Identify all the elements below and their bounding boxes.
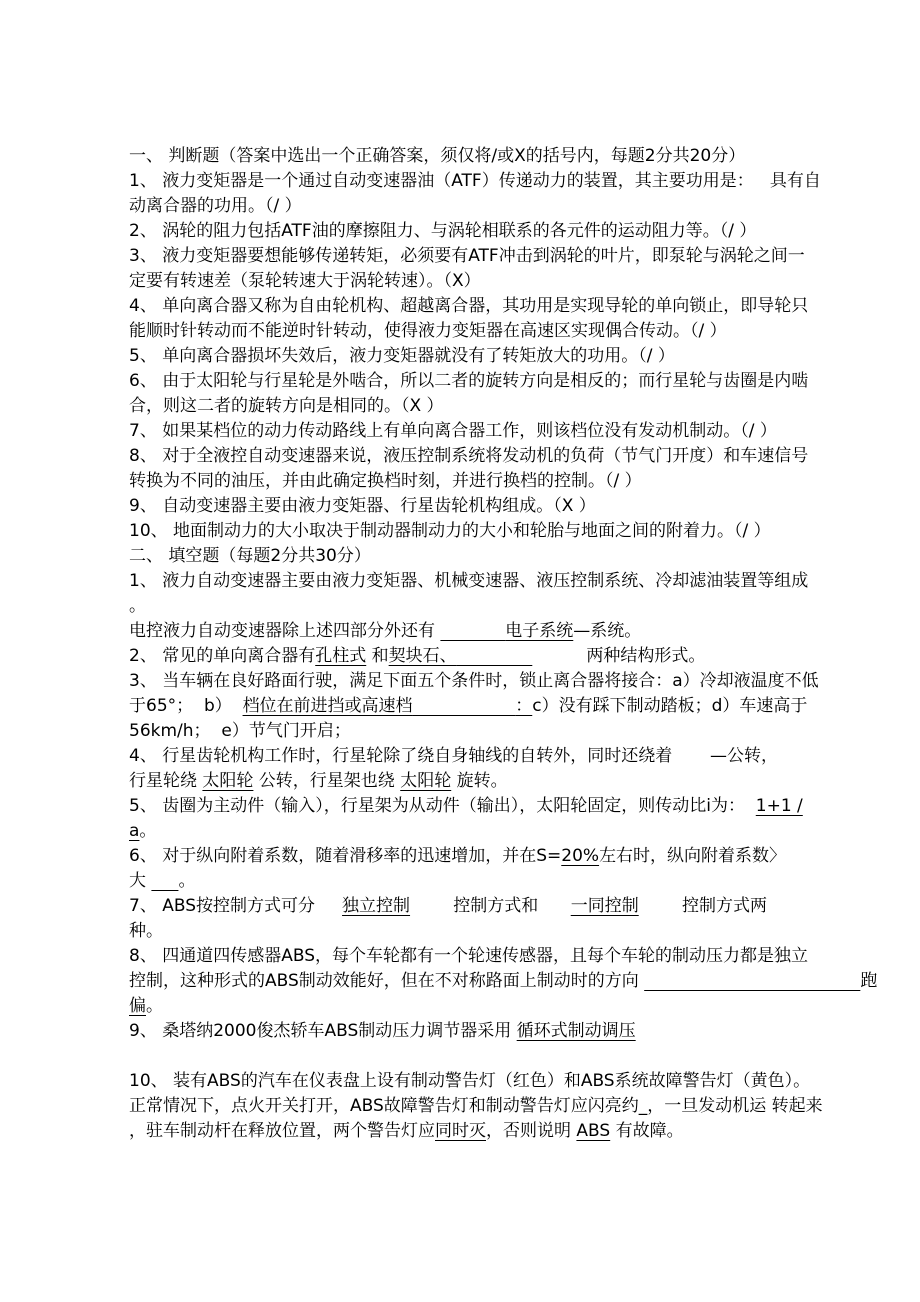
text-segment: 6、 由于太阳轮与行星轮是外啮合，所以二者的旋转方向是相反的；而行星轮与齿圈是内… [129, 371, 808, 391]
section-2-heading: 二、 填空题（每题2分共30分） [129, 544, 801, 569]
text-segment: 有故障。 [610, 1121, 683, 1141]
text-segment: 和 [366, 646, 388, 666]
text-segment: —公转， [710, 746, 778, 766]
text-segment: 2、 涡轮的阻力包括ATF油的摩擦阻力、与涡轮相联系的各元件的运动阻力等。（/ … [129, 221, 756, 241]
document-line: 行星轮绕 太阳轮 公转，行星架也绕 太阳轮 旋转。 [129, 769, 801, 794]
document-line: 种。 [129, 919, 801, 944]
text-segment: 转换为不同的油压，并由此确定换档时刻，并进行换档的控制。（/ ） [129, 471, 642, 491]
text-segment: 4、 单向离合器又称为自由轮机构、超越离合器，其功用是实现导轮的单向锁止，即导轮… [129, 296, 808, 316]
answer-blank-underline [151, 871, 178, 891]
text-segment: 旋转。 [451, 771, 507, 791]
text-segment: 7、 如果某档位的动力传动路线上有单向离合器工作，则该档位没有发动机制动。（/ … [129, 421, 777, 441]
document-line: 动离合器的功用。（/ ） [129, 194, 801, 219]
document-line: 。 [129, 594, 801, 619]
text-segment: b） [204, 696, 232, 716]
document-body: 一、 判断题（答案中选出一个正确答案，须仅将/或X的括号内，每题2分共20分）1… [129, 144, 801, 1144]
document-line: 7、 ABS按控制方式可分 独立控制 控制方式和 一同控制 控制方式两 [129, 894, 801, 919]
text-segment: 。 [146, 996, 163, 1016]
answer-blank-underline [413, 696, 516, 716]
underlined-answer-segment: 独立控制 [342, 896, 410, 916]
text-segment: 10、 装有ABS的汽车在仪表盘上设有制动警告灯（红色）和ABS系统故障警告灯（… [129, 1071, 810, 1091]
document-line: 能顺时针转动而不能逆时针转动，使得液力变矩器在高速区实现偶合传动。（/ ） [129, 319, 801, 344]
document-line: 控制，这种形式的ABS制动效能好，但在不对称路面上制动时的方向 跑 [129, 969, 801, 994]
document-line: 6、 由于太阳轮与行星轮是外啮合，所以二者的旋转方向是相反的；而行星轮与齿圈是内… [129, 369, 801, 394]
text-segment: 公转，行星架也绕 [253, 771, 400, 791]
text-segment: 56km/h； [129, 721, 211, 741]
exam-document-page: 一、 判断题（答案中选出一个正确答案，须仅将/或X的括号内，每题2分共20分）1… [0, 0, 920, 1302]
document-line: 7、 如果某档位的动力传动路线上有单向离合器工作，则该档位没有发动机制动。（/ … [129, 419, 801, 444]
text-segment: 种。 [129, 921, 163, 941]
document-line: 2、 常见的单向离合器有孔柱式 和契块石、 两种结构形式。 [129, 644, 801, 669]
underlined-answer-segment: 同时灭 [435, 1121, 486, 1141]
underlined-answer-segment: a [129, 821, 139, 841]
answer-blank-underline [457, 646, 533, 666]
text-segment: 10、 地面制动力的大小取决于制动器制动力的大小和轮胎与地面之间的附着力。（/ … [129, 521, 771, 541]
text-segment: ，否则说明 [486, 1121, 576, 1141]
text-segment: 7、 ABS按控制方式可分 [129, 896, 315, 916]
text-segment: 5、 单向离合器损坏失效后，液力变矩器就没有了转矩放大的功用。（/ ） [129, 346, 675, 366]
spacer [745, 796, 756, 816]
underlined-answer-segment: 循环式制动调压 [517, 1021, 636, 1041]
text-segment: 4、 行星齿轮机构工作时，行星轮除了绕自身轴线的自转外，同时还绕着 [129, 746, 672, 766]
underlined-answer-segment: 档位在前进挡或高速档 [243, 696, 413, 716]
underlined-answer-segment: 太阳轮 [400, 771, 451, 791]
document-line: 3、 液力变矩器要想能够传递转矩，必须要有ATF冲击到涡轮的叶片，即泵轮与涡轮之… [129, 244, 801, 269]
text-segment: 两种结构形式。 [586, 646, 705, 666]
text-segment: —系统。 [573, 621, 641, 641]
document-line: 于65°； b） 档位在前进挡或高速档 ：c）没有踩下制动踏板；d）车速高于 [129, 694, 801, 719]
document-line: 电控液力自动变速器除上述四部分外还有 电子系统—系统。 [129, 619, 801, 644]
text-segment: 控制，这种形式的ABS制动效能好，但在不对称路面上制动时的方向 [129, 971, 644, 991]
answer-blank-underline [644, 971, 860, 991]
text-segment: 1、 液力变矩器是一个通过自动变速器油（ATF）传递动力的装置，其主要功用是： [129, 171, 754, 191]
text-segment: e）节气门开启； [221, 721, 350, 741]
underlined-answer-segment: 1+1 / [756, 796, 803, 816]
text-segment: 2、 常见的单向离合器有 [129, 646, 315, 666]
text-segment: c）没有踩下制动踏板；d）车速高于 [532, 696, 807, 716]
document-line: 1、 液力自动变速器主要由液力变矩器、机械变速器、液压控制系统、冷却滤油装置等组… [129, 569, 801, 594]
document-line [129, 1044, 801, 1069]
text-segment: 9、 自动变速器主要由液力变矩器、行星齿轮机构组成。（X ） [129, 496, 596, 516]
text-segment: 具有自 [770, 171, 821, 191]
document-line: 56km/h； e）节气门开启； [129, 719, 801, 744]
document-line: 5、 齿圈为主动件（输入），行星架为从动件（输出），太阳轮固定，则传动比i为： … [129, 794, 801, 819]
text-segment: 行星轮绕 [129, 771, 202, 791]
underlined-answer-segment: 电子系统 [505, 621, 573, 641]
underlined-answer-segment: 偏 [129, 996, 146, 1016]
underlined-answer-segment: 20% [561, 846, 599, 866]
document-line: 5、 单向离合器损坏失效后，液力变矩器就没有了转矩放大的功用。（/ ） [129, 344, 801, 369]
text-segment: ，驻车制动杆在释放位置，两个警告灯应 [129, 1121, 435, 1141]
document-line: 4、 行星齿轮机构工作时，行星轮除了绕自身轴线的自转外，同时还绕着 —公转， [129, 744, 801, 769]
underlined-answer-segment: 太阳轮 [202, 771, 253, 791]
spacer [532, 646, 586, 666]
text-segment: 左右时，纵向附着系数〉 [599, 846, 786, 866]
text-segment: 8、 对于全液控自动变速器来说，液压控制系统将发动机的负荷（节气门开度）和车速信… [129, 446, 808, 466]
document-line: 2、 涡轮的阻力包括ATF油的摩擦阻力、与涡轮相联系的各元件的运动阻力等。（/ … [129, 219, 801, 244]
spacer [211, 721, 222, 741]
document-line: 9、 自动变速器主要由液力变矩器、行星齿轮机构组成。（X ） [129, 494, 801, 519]
spacer [754, 171, 770, 191]
spacer [639, 896, 682, 916]
document-line: 8、 对于全液控自动变速器来说，液压控制系统将发动机的负荷（节气门开度）和车速信… [129, 444, 801, 469]
spacer [538, 896, 570, 916]
text-segment: 9、 桑塔纳2000俊杰轿车ABS制动压力调节器采用 [129, 1021, 517, 1041]
document-line: 正常情况下，点火开关打开，ABS故障警告灯和制动警告灯应闪亮约_，一旦发动机运 … [129, 1094, 801, 1119]
text-segment: 控制方式两 [682, 896, 767, 916]
text-segment: 于65°； [129, 696, 193, 716]
spacer [193, 696, 204, 716]
text-segment: 动离合器的功用。（/ ） [129, 196, 302, 216]
text-segment: 能顺时针转动而不能逆时针转动，使得液力变矩器在高速区实现偶合传动。（/ ） [129, 321, 727, 341]
underlined-answer-segment: ： [515, 696, 532, 716]
spacer [232, 696, 243, 716]
underlined-answer-segment: 孔柱式 [315, 646, 366, 666]
text-segment: 合，则这二者的旋转方向是相同的。（X ） [129, 396, 444, 416]
document-line: 4、 单向离合器又称为自由轮机构、超越离合器，其功用是实现导轮的单向锁止，即导轮… [129, 294, 801, 319]
document-line: 定要有转速差（泵轮转速大于涡轮转速）。（X） [129, 269, 801, 294]
text-segment: 电控液力自动变速器除上述四部分外还有 [129, 621, 440, 641]
document-line: 1、 液力变矩器是一个通过自动变速器油（ATF）传递动力的装置，其主要功用是： … [129, 169, 801, 194]
text-segment: 大 [129, 871, 151, 891]
spacer [315, 896, 342, 916]
text-segment: 3、 当车辆在良好路面行驶，满足下面五个条件时，锁止离合器将接合：a）冷却液温度… [129, 671, 819, 691]
document-line: 10、 地面制动力的大小取决于制动器制动力的大小和轮胎与地面之间的附着力。（/ … [129, 519, 801, 544]
answer-blank-underline [440, 621, 505, 641]
text-segment: 8、 四通道四传感器ABS，每个车轮都有一个轮速传感器，且每个车轮的制动压力都是… [129, 946, 808, 966]
spacer [410, 896, 453, 916]
text-segment: 3、 液力变矩器要想能够传递转矩，必须要有ATF冲击到涡轮的叶片，即泵轮与涡轮之… [129, 246, 805, 266]
spacer [672, 746, 710, 766]
underlined-answer-segment: 一同控制 [571, 896, 639, 916]
document-line: 10、 装有ABS的汽车在仪表盘上设有制动警告灯（红色）和ABS系统故障警告灯（… [129, 1069, 801, 1094]
document-line: 9、 桑塔纳2000俊杰轿车ABS制动压力调节器采用 循环式制动调压 [129, 1019, 801, 1044]
text-segment: 。 [139, 821, 156, 841]
text-segment: 二、 填空题（每题2分共30分） [129, 546, 371, 566]
text-segment: 5、 齿圈为主动件（输入），行星架为从动件（输出），太阳轮固定，则传动比i为： [129, 796, 745, 816]
document-line: ，驻车制动杆在释放位置，两个警告灯应同时灭，否则说明 ABS 有故障。 [129, 1119, 801, 1144]
underlined-answer-segment: 契块石、 [389, 646, 457, 666]
document-line: a。 [129, 819, 801, 844]
text-segment: 正常情况下，点火开关打开，ABS故障警告灯和制动警告灯应闪亮约_，一旦发动机运 … [129, 1096, 823, 1116]
text-segment: 。 [129, 596, 146, 616]
document-line: 3、 当车辆在良好路面行驶，满足下面五个条件时，锁止离合器将接合：a）冷却液温度… [129, 669, 801, 694]
document-line: 合，则这二者的旋转方向是相同的。（X ） [129, 394, 801, 419]
text-segment: 定要有转速差（泵轮转速大于涡轮转速）。（X） [129, 271, 481, 291]
text-segment: 。 [178, 871, 195, 891]
underlined-answer-segment: ABS [576, 1121, 610, 1141]
text-segment: 6、 对于纵向附着系数，随着滑移率的迅速增加，并在S= [129, 846, 561, 866]
text-segment: 一、 判断题（答案中选出一个正确答案，须仅将/或X的括号内，每题2分共20分） [129, 146, 745, 166]
document-line: 大 。 [129, 869, 801, 894]
text-segment: 1、 液力自动变速器主要由液力变矩器、机械变速器、液压控制系统、冷却滤油装置等组… [129, 571, 808, 591]
section-1-heading: 一、 判断题（答案中选出一个正确答案，须仅将/或X的括号内，每题2分共20分） [129, 144, 801, 169]
document-line: 6、 对于纵向附着系数，随着滑移率的迅速增加，并在S=20%左右时，纵向附着系数… [129, 844, 801, 869]
document-line: 8、 四通道四传感器ABS，每个车轮都有一个轮速传感器，且每个车轮的制动压力都是… [129, 944, 801, 969]
document-line: 转换为不同的油压，并由此确定换档时刻，并进行换档的控制。（/ ） [129, 469, 801, 494]
document-line: 偏。 [129, 994, 801, 1019]
text-segment: 控制方式和 [453, 896, 538, 916]
text-segment: 跑 [860, 971, 877, 991]
